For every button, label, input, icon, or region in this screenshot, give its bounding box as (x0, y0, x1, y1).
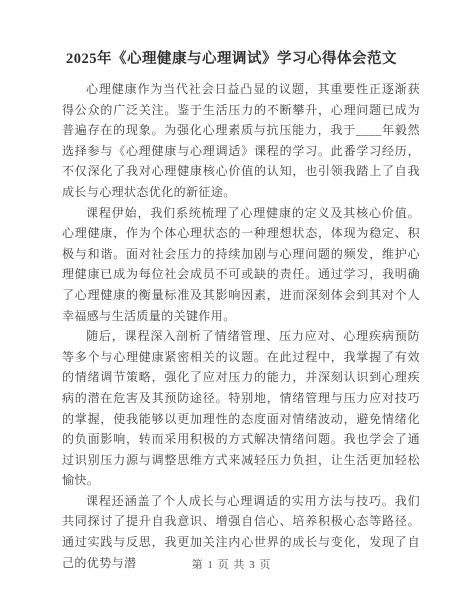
paragraph-course-start: 课程伊始，我们系统梳理了心理健康的定义及其核心价值。心理健康，作为个体心理状态的… (62, 203, 420, 327)
document-body: 心理健康作为当代社会日益凸显的议题，其重要性正逐渐获得公众的广泛关注。鉴于生活压… (62, 79, 420, 573)
page-footer: 第 1 页 共 3 页 (0, 556, 463, 572)
paragraph-emotion-management: 随后，课程深入剖析了情绪管理、压力应对、心理疾病预防等多个与心理健康紧密相关的议… (62, 326, 420, 491)
document-page: 2025年《心理健康与心理调试》学习心得体会范文 心理健康作为当代社会日益凸显的… (0, 0, 463, 600)
paragraph-intro: 心理健康作为当代社会日益凸显的议题，其重要性正逐渐获得公众的广泛关注。鉴于生活压… (62, 79, 420, 203)
page-title: 2025年《心理健康与心理调试》学习心得体会范文 (0, 0, 463, 68)
